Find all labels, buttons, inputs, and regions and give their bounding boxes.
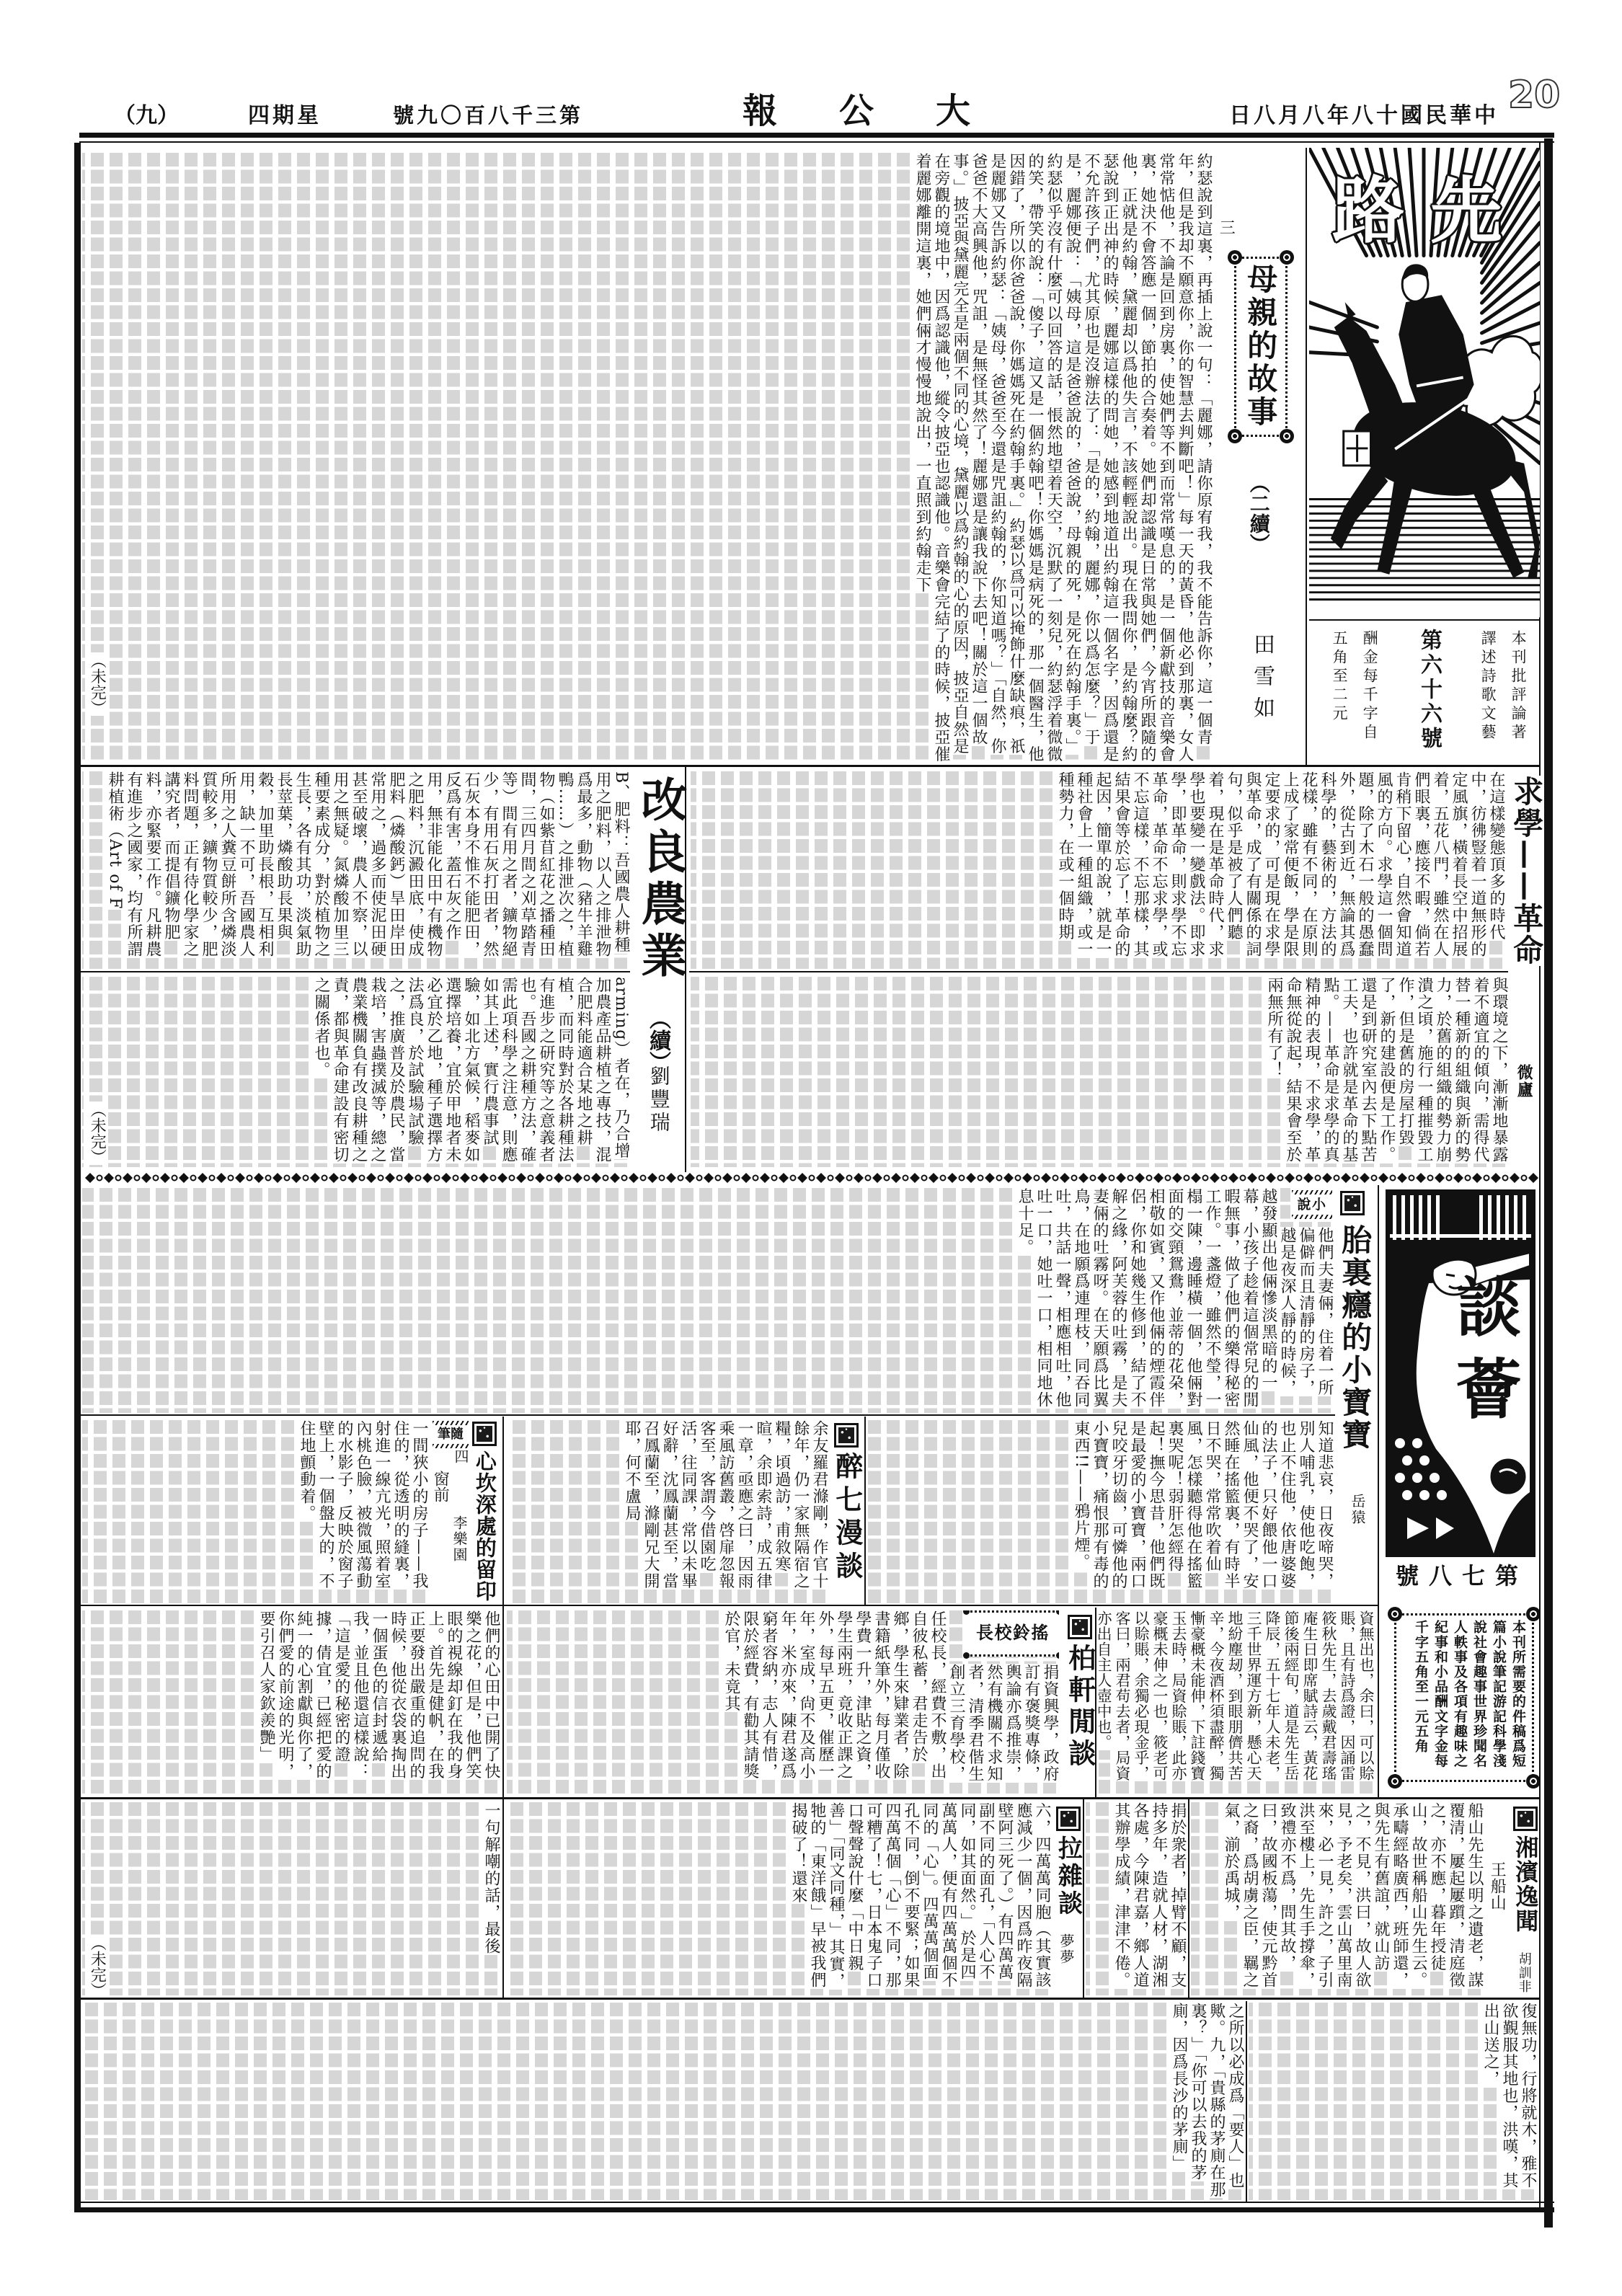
to-be-continued-mark: （未完） <box>88 1935 105 1998</box>
xianlu-notice-line: 酬金每千字自 <box>1361 630 1378 743</box>
xianlu-masthead: 先路 <box>1332 174 1528 247</box>
installment-label: （續） <box>646 1008 670 1073</box>
article-subhead: 王船山 <box>1488 1861 1505 1911</box>
article-text: 六，四萬萬同胞（其實該應減少一個，因爲昨夜隔壁阿三死了。）有四萬萬副不同的面孔，… <box>789 1802 1051 1990</box>
article-text: 余友羅君滌剛，作官十餘年，仍一家無隔宿之糧，頃過訪，甫敘寒暄，余即索詩，成五律一… <box>623 1420 828 1590</box>
ornament-icon <box>1228 250 1242 265</box>
notice-line: 紀事和小品酬文字金每 <box>1430 1620 1450 1776</box>
study-revolution-body-upper: 在這樣變態頂多的時代中，彷彿豎着一道無形的定風旗，橫着長空中招展着，五花八門，雖… <box>691 771 1505 969</box>
article-text: arming）者在，乃合增加農產品耕植之專技，混合肥料能適合某地之耕植，而同時對… <box>312 977 630 1163</box>
page-border-left <box>74 143 81 2212</box>
boxuan-subhead-box: 搖鈴校長 <box>967 1610 1059 1657</box>
header-rule <box>79 133 1554 138</box>
notice-line: 說社會趣事世界珍聞名 <box>1469 1620 1489 1776</box>
genre-tag: 隨筆 <box>431 1419 470 1450</box>
article-text: B、肥料：吾國農人耕種用之肥料，以人之排泄物爲最多，動物（豬牛羊雞鴨……）之排泄… <box>106 771 630 958</box>
tanhui-notice-box: 本刊所需要的件稿爲短 篇小說筆記游記科學淺 說社會趣事世界珍聞名 人軼事及各項有… <box>1394 1613 1534 1782</box>
genre-tag-label: 小說 <box>1290 1197 1334 1213</box>
article-author: 夢夢 <box>1058 1933 1074 1965</box>
archive-stamp: 20 <box>1508 76 1560 114</box>
page-bottom-rule <box>74 2207 1554 2212</box>
xianlu-issue-number: 第六十六號 <box>1417 629 1441 751</box>
divider-line <box>1246 2001 1247 2202</box>
notice-line: 人軼事及各項有趣味之 <box>1450 1620 1469 1776</box>
xiangbin-body-1: 船山先生以明之遺老，謀覆清，屢起屢躓，清庭徵之，亦不應，暮年授徒山，故世稱船山先… <box>1191 1802 1484 1995</box>
article-text: 捐於衆者，掉臂不顧，支持多年，造就人材，湖湘各處，今陳君嘉，鄉人道其辦學成績，津… <box>1112 1802 1187 1989</box>
mother-story-title-frame: 母親的故事 <box>1234 257 1288 437</box>
article-text: 一間狹小的房子——我住的，從透明的縫裏，射進一線亢光，照着室內桃色臉，被微風蕩動… <box>298 1420 428 1590</box>
page-number: （九） <box>114 105 179 127</box>
opium-baby-body-1: 小說 他們夫妻倆，住着一所偏僻而且清靜的房子，越是夜深人靜的時候，越發顯出他倆慘… <box>82 1188 1334 1413</box>
article-title: 拉雜談 <box>1054 1835 1081 1918</box>
section-box-icon <box>1340 1191 1365 1215</box>
zuiqi-body-1: 余友羅君滌剛，作官十餘年，仍一家無隔宿之糧，頃過訪，甫敘寒暄，余即索詩，成五律一… <box>507 1420 828 1603</box>
article-author: 李樂園 <box>451 1515 467 1563</box>
opium-baby-body-2: 知道悲哀，日夜啼哭，別人哺乳，使他吃飽，也止不住他，依唐婆婆的法子，只好餵他一口… <box>868 1420 1334 1603</box>
article-text: 他們的心田中已開了快樂之花，但是，他們笑眼的視線却釘在我的身上。首先是健帆，在我… <box>257 1610 500 1780</box>
masthead-title: 大公報 <box>743 94 1032 128</box>
article-text: 之所以必成爲「要人」也歟。九，「貴縣的茅廁在那裏？」「你可以去我的茅廁，因爲長沙… <box>1170 2003 1244 2198</box>
mother-story-body: 約瑟說到這裏，再插上說一句：「麗娜，請你原宥我，我不能告訴你，這一個青年，但是我… <box>82 153 1213 763</box>
divider-line <box>1378 1185 1379 1798</box>
article-subhead: 搖鈴校長 <box>967 1613 1059 1653</box>
article-text: 復無功，行將就木，雅不欲覲服其地也，洪嘆，其出山送之， <box>1481 2003 1537 2189</box>
article-text: 約瑟說到這裏，再插上說一句：「麗娜，請你原宥我，我不能告訴你，這一個青年，但是我… <box>913 153 1213 763</box>
notice-line: 千字五角至一元五角 <box>1411 1620 1430 1776</box>
divider-line <box>1188 1799 1189 1998</box>
article-text: 他們夫妻倆，住着一所偏僻而且清靜的房子，越是夜深人靜的時候，越發顯出他倆慘淡黑暗… <box>1016 1188 1334 1409</box>
laza-body-1: 六，四萬萬同胞（其實該應減少一個，因爲昨夜隔壁阿三死了。）有四萬萬副不同的面孔，… <box>507 1802 1051 1995</box>
section-box-icon <box>834 1423 859 1448</box>
divider-line <box>689 971 1508 972</box>
ornament-icon <box>1388 1607 1402 1621</box>
xianlu-notice-line: 譯述詩歌文藝 <box>1479 630 1496 743</box>
article-title: 湘濱逸聞 <box>1512 1835 1538 1933</box>
tanhui-notice-text: 本刊所需要的件稿爲短 篇小說筆記游記科學淺 說社會趣事世界珍聞名 人軼事及各項有… <box>1401 1620 1528 1776</box>
divider-line <box>81 971 630 972</box>
agriculture-body-upper: B、肥料：吾國農人耕種用之肥料，以人之排泄物爲最多，動物（豬牛羊雞鴨……）之排泄… <box>82 771 630 969</box>
divider-line <box>81 1605 1378 1606</box>
article-text: 船山先生以明之遺老，謀覆清，屢起屢躓，清庭徵之，亦不應，暮年授徒山，故世稱船山先… <box>1222 1802 1484 1989</box>
article-text: 知道悲哀，日夜啼哭，別人哺乳，使他吃飽，也止不住他，依唐婆婆的法子，只好餵他一口… <box>1072 1420 1334 1590</box>
tanhui-masthead: 談薈 <box>1450 1273 1515 1437</box>
tanhui-issue-number: 第七八號 <box>1396 1564 1528 1587</box>
notice-line: 本刊所需要的件稿爲短 <box>1508 1620 1528 1776</box>
article-title: 母親的故事 <box>1244 263 1277 429</box>
decorative-diamond-border <box>85 1172 1538 1184</box>
heart-imprint-body-3: 一句解嘲的話，最後 <box>82 1802 500 1995</box>
xiangbin-body-2: 復無功，行將就木，雅不欲覲服其地也，洪嘆，其出山送之， <box>1249 2003 1537 2200</box>
boxuan-body-1: 搖鈴校長 捐資興學，政府訂有褒獎專條，輿論亦爲推崇，然有機關不求知者，清季君偕生… <box>507 1610 1059 1795</box>
issue-date: 中華民國十八年八月八日 <box>1229 105 1499 127</box>
divider-line <box>864 1417 866 1605</box>
article-author: 岳猿 <box>1350 1494 1365 1525</box>
article-title: 醉七漫談 <box>832 1452 862 1584</box>
article-text: 在這樣變態頂多的時代中，彷彿豎着一道無形的定風旗，橫着長空中招展着，五花八門，雖… <box>1056 771 1505 958</box>
laza-body-2: 之所以必成爲「要人」也歟。九，「貴縣的茅廁在那裏？」「你可以去我的茅廁，因爲長沙… <box>82 2003 1244 2200</box>
wavy-ornament <box>433 1444 469 1448</box>
xianlu-notice-line: 本刊批評論著 <box>1510 630 1526 743</box>
section-number: 四 <box>453 1449 469 1463</box>
article-text: 資無出也，余曰，可以賒賬，且有詩爲證，因誦雷筱秋先生，去歲戴君壽瑤庵生日即席賦詩… <box>1099 1610 1375 1781</box>
divider-line <box>81 1797 1540 1799</box>
wavy-ornament <box>1292 1190 1332 1194</box>
xianlu-notice-line: 五角至二元 <box>1331 630 1347 724</box>
article-title: 柏軒閒談 <box>1065 1644 1095 1770</box>
ornament-icon <box>1526 1774 1541 1789</box>
section-number: 三 <box>1217 219 1234 235</box>
ornament-icon <box>1228 429 1242 443</box>
to-be-continued-mark: （未完） <box>88 1102 105 1165</box>
section-box-icon <box>472 1422 497 1446</box>
divider-line <box>502 1417 504 1998</box>
article-title: 心坎深處的留印 <box>473 1450 496 1602</box>
section-box-icon <box>1513 1807 1538 1831</box>
heart-imprint-body-2: 他們的心田中已開了快樂之花，但是，他們笑眼的視線却釘在我的身上。首先是健帆，在我… <box>82 1610 500 1795</box>
divider-line <box>81 765 1540 767</box>
page-bottom-rule-thin <box>74 2202 1554 2203</box>
ornament-icon <box>1526 1607 1541 1621</box>
page-border-right <box>1544 138 1553 2228</box>
article-author: 田雪如 <box>1250 633 1274 728</box>
article-author: 胡訓非 <box>1517 1952 1531 1993</box>
divider-line <box>1095 1608 1096 1798</box>
divider-line <box>81 1998 1540 2000</box>
zuiqi-body-2: 資無出也，余曰，可以賒賬，且有詩爲證，因誦雷筱秋先生，去歲戴君壽瑤庵生日即席賦詩… <box>1099 1610 1375 1795</box>
weekday: 星期四 <box>248 105 322 127</box>
article-title: 求學——革命 <box>1510 776 1543 966</box>
ornament-icon <box>1388 1774 1402 1789</box>
genre-tag: 小說 <box>1290 1188 1334 1221</box>
section-box-icon <box>1068 1615 1092 1639</box>
article-title: 胎裏癮的小寶寶 <box>1338 1224 1371 1451</box>
divider-line <box>1306 148 1307 766</box>
ornament-icon <box>1056 1652 1059 1659</box>
article-author: 劉豐瑞 <box>647 1065 670 1135</box>
ornament-icon <box>1280 250 1294 265</box>
notice-line: 篇小說筆記游記科學淺 <box>1489 1620 1508 1776</box>
ornament-icon <box>1280 429 1294 443</box>
to-be-continued-mark: （未完） <box>88 652 105 716</box>
ornament-icon <box>963 1652 970 1659</box>
agriculture-body-lower: arming）者在，乃合增加農產品耕植之專技，混合肥料能適合某地之耕植，而同時對… <box>82 977 630 1167</box>
article-subtitle: 窗前 <box>431 1471 448 1502</box>
article-text: 一句解嘲的話，最後 <box>482 1802 500 1955</box>
wavy-ornament <box>1292 1215 1332 1219</box>
heart-imprint-body-1: 一間狹小的房子——我住的，從透明的縫裏，射進一線亢光，照着室內桃色臉，被微風蕩動… <box>82 1420 428 1603</box>
divider-line <box>81 1414 1335 1416</box>
article-text: 與環境之下，漸漸地暴露着不適宜的傾向，需得代替一種新的組織與新的勢力，於舊的組織… <box>1265 977 1508 1163</box>
genre-tag-label: 隨筆 <box>431 1427 470 1442</box>
article-author: 微廬 <box>1515 1064 1533 1099</box>
section-box-icon <box>1056 1807 1081 1831</box>
divider-line <box>1083 1799 1084 1998</box>
divider-line <box>1309 619 1540 621</box>
header-rule-thin <box>79 141 1554 143</box>
article-title: 改良農業 <box>634 776 685 983</box>
study-revolution-body-lower: 與環境之下，漸漸地暴露着不適宜的傾向，需得代替一種新的組織與新的勢力，於舊的組織… <box>691 977 1508 1167</box>
wavy-ornament <box>433 1421 469 1425</box>
installment-label: （二續） <box>1247 473 1269 554</box>
issue-number: 第三千八百〇九號 <box>393 105 583 126</box>
boxuan-body-2: 捐於衆者，掉臂不顧，支持多年，造就人材，湖湘各處，今陳君嘉，鄉人道其辦學成績，津… <box>1086 1802 1187 1995</box>
divider-line <box>685 767 686 1172</box>
